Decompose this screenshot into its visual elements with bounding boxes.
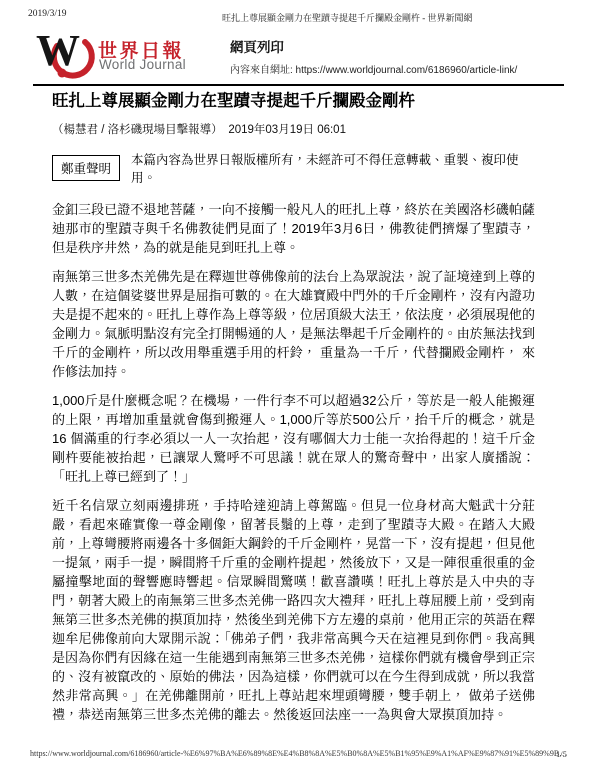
article-byline: （楊慧君 / 洛杉磯現場目擊報導） 2019年03月19日 06:01 — [52, 121, 535, 137]
print-footer-url: https://www.worldjournal.com/6186960/art… — [30, 749, 530, 758]
article-paragraph: 1,000斤是什麼概念呢？在機場，一件行李不可以超過32公斤，等於是一般人能搬運… — [52, 391, 535, 486]
print-footer-page-number: 1/5 — [556, 749, 567, 759]
article-paragraph: 金釦三段已證不退地菩薩，一向不接觸一般凡人的旺扎上尊，終於在美國洛杉磯帕薩迪那市… — [52, 200, 535, 257]
logo-english-name: World Journal — [99, 57, 186, 72]
print-header-date: 2019/3/19 — [28, 9, 67, 19]
web-print-label: 網頁列印 — [230, 36, 284, 56]
copyright-notice-text: 本篇內容為世界日報版權所有，未經許可不得任意轉載、重製、複印使用。 — [131, 150, 535, 186]
logo-w-letter: W — [36, 29, 80, 73]
header-divider — [33, 84, 564, 86]
print-header-title: 旺扎上尊展顯金剛力在聖蹟寺提起千斤攔殿金剛杵 - 世界新聞網 — [222, 11, 582, 24]
world-journal-logo-mark: W — [36, 33, 100, 81]
article-paragraph: 南無第三世多杰羌佛先是在釋迦世尊佛像前的法台上為眾說法，說了証境達到上尊的人數，… — [52, 267, 535, 381]
article-title: 旺扎上尊展顯金剛力在聖蹟寺提起千斤攔殿金剛杵 — [52, 91, 535, 112]
article-paragraph: 近千名信眾立刻兩邊排班，手持哈達迎請上尊駕臨。但見一位身材高大魁武十分莊嚴，看起… — [52, 496, 535, 724]
world-journal-logo: W 世界日報 World Journal — [36, 33, 216, 83]
copyright-notice: 鄭重聲明 本篇內容為世界日報版權所有，未經許可不得任意轉載、重製、複印使用。 — [52, 150, 535, 186]
content-source-url: 內容來自網址: https://www.worldjournal.com/618… — [230, 61, 517, 76]
copyright-notice-label: 鄭重聲明 — [52, 155, 120, 181]
article-body: 金釦三段已證不退地菩薩，一向不接觸一般凡人的旺扎上尊，終於在美國洛杉磯帕薩迪那市… — [52, 200, 535, 724]
article: 旺扎上尊展顯金剛力在聖蹟寺提起千斤攔殿金剛杵 （楊慧君 / 洛杉磯現場目擊報導）… — [52, 91, 535, 724]
